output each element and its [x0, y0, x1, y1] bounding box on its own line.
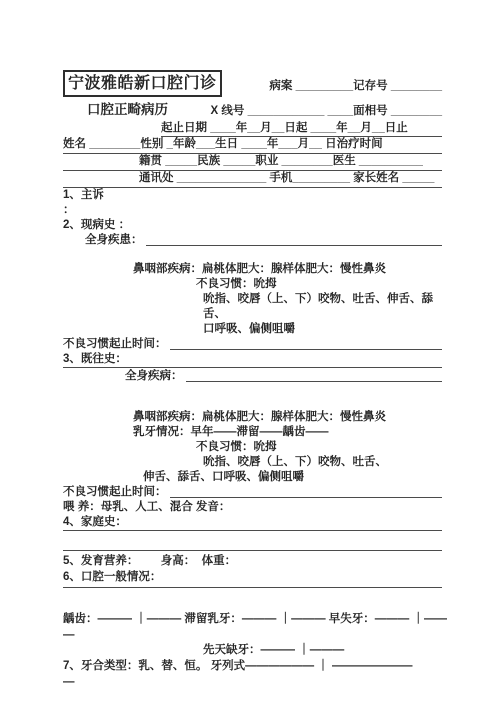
systemic-disease-label: 全身疾患：: [63, 233, 143, 248]
chief-complaint-heading: 1、主诉: [63, 188, 442, 203]
case-number-line: 病案 _________记存号 ________: [269, 79, 442, 94]
treatment-date-range-line: 起止日期 ____年__月__日起 ____年__月__日止: [161, 121, 442, 137]
bad-habit-line-3: 口呼吸、偏侧咀嚼: [63, 322, 442, 337]
present-illness-heading: 2、现病史 ：: [63, 218, 442, 233]
bad-habit-line-2: 吮指、咬唇（上、下）咬物、吐舌、伸舌、舔舌、: [63, 292, 442, 322]
nasopharyngeal-disease-line-2: 鼻咽部疾病：扁桃体肥大：腺样体肥大：慢性鼻炎: [63, 410, 442, 425]
origin-occupation-line: 籍贯 _____民族 _____职业 ________医生 __________: [63, 154, 442, 171]
oral-general-heading: 6、口腔一般情况：: [63, 570, 442, 588]
systemic-disease-row-2: 全身疾病：: [63, 368, 442, 384]
development-nutrition-line: 5、发育营养： 身高： 体重：: [63, 554, 442, 570]
feeding-line: 喂 养：母乳、人工、混合 发音：: [63, 500, 442, 515]
blank-underline: [186, 381, 443, 382]
spacer: [63, 600, 442, 612]
bad-habit-line-1: 不良习惯：吮拇: [63, 277, 442, 292]
nasopharyngeal-disease-line: 鼻咽部疾病：扁桃体肥大：腺样体肥大：慢性鼻炎: [63, 262, 442, 277]
clinic-name-box: 宁波雅皓新口腔门诊: [63, 70, 222, 97]
blank-underline: [170, 497, 443, 498]
bad-habit-line-4: 不良习惯：吮拇: [63, 440, 442, 455]
habit-duration-label-2: 不良习惯起止时间：: [63, 485, 167, 500]
caries-retained-earlyloss-line: 龋齿：——— ｜——— 滞留乳牙：——— ｜——— 早失牙：——— ｜——: [63, 612, 442, 628]
spacer: [63, 588, 442, 600]
medical-record-page: 宁波雅皓新口腔门诊 病案 _________记存号 ________ 口腔正畸病…: [0, 0, 500, 708]
form-title: 口腔正畸病历: [87, 102, 168, 117]
blank-fill-line: [63, 531, 442, 551]
chief-complaint-colon: ：: [63, 203, 442, 218]
blank-underline: [170, 349, 443, 350]
habit-duration-row-2: 不良习惯起止时间：: [63, 485, 442, 500]
patient-name-line: 姓名 ________性别 _年龄___生日 ____年___月__ 日治疗时间: [63, 137, 442, 154]
caries-wrap-dash: —: [63, 628, 442, 643]
contact-line: 通讯处 ______________ 手机_________ 家长姓名 ____…: [63, 171, 442, 188]
header-row: 宁波雅皓新口腔门诊 病案 _________记存号 ________: [63, 70, 442, 97]
subtitle-row: 口腔正畸病历 X 线号 ____________ ____面相号 _______…: [63, 102, 442, 119]
occlusion-wrap-dash: —: [63, 675, 442, 690]
systemic-disease-label-2: 全身疾病：: [63, 369, 183, 384]
habit-duration-row: 不良习惯起止时间：: [63, 337, 442, 352]
bad-habit-line-6: 伸舌、舔舌、口呼吸、偏侧咀嚼: [63, 470, 442, 485]
systemic-disease-row: 全身疾患：: [63, 233, 442, 248]
deciduous-teeth-line: 乳牙情况：早年——滞留——龋齿——: [63, 425, 442, 440]
past-history-heading: 3、既往史：: [63, 352, 442, 368]
habit-duration-label: 不良习惯起止时间：: [63, 337, 167, 352]
family-history-heading: 4、家庭史：: [63, 515, 442, 531]
form-content: 宁波雅皓新口腔门诊 病案 _________记存号 ________ 口腔正畸病…: [63, 70, 442, 690]
occlusion-type-line: 7、牙合类型：乳、替、恒。 牙列式—————— ｜ ———————: [63, 659, 442, 675]
blank-underline: [146, 245, 443, 246]
spacer: [63, 248, 442, 262]
spacer: [63, 384, 442, 410]
congenital-missing-teeth-line: 先天缺牙：——— ｜———: [63, 643, 442, 659]
xray-number-line: X 线号 ____________ ____面相号 ________: [211, 102, 442, 119]
bad-habit-line-5: 吮指、咬唇（上、下）咬物、吐舌、: [63, 455, 442, 470]
